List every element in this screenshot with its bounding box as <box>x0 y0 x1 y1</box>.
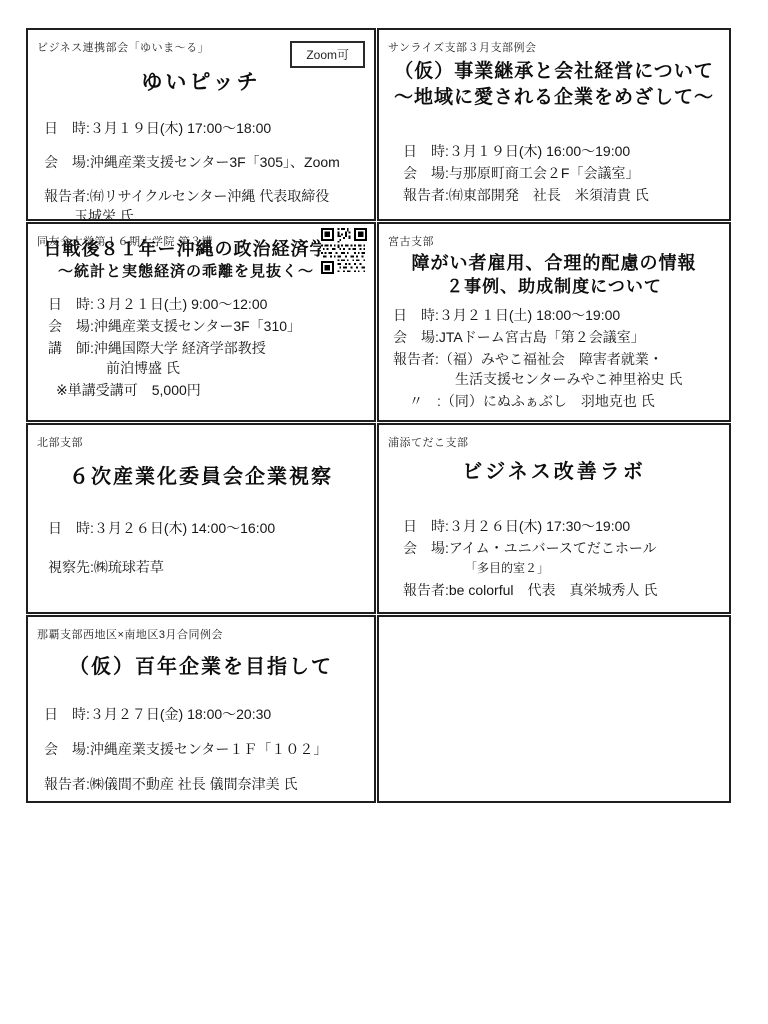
empty-cell <box>377 615 731 803</box>
event-schedule-table: ビジネス連携部会「ゆいま～る」 Zoom可 ゆいピッチ 日 時:３月１９日(木)… <box>26 28 733 807</box>
event-title: ６次産業化委員会企業視察 <box>28 460 374 489</box>
event-datetime: 日 時:３月２６日(木) 17:30～19:00 <box>403 517 729 536</box>
event-datetime: 日 時:３月２１日(土) 9:00～12:00 <box>48 295 374 314</box>
event-details: 日 時:３月１９日(木) 17:00～18:00 会 場:沖縄産業支援センター3… <box>44 119 374 221</box>
event-datetime: 日 時:３月２６日(木) 14:00～16:00 <box>48 519 374 538</box>
event-venue: 会 場:JTAドーム宮古島「第２会議室」 <box>393 328 729 347</box>
event-subtitle: ～地域に愛される企業をめざして～ <box>379 85 729 111</box>
event-title: 障がい者雇用、合理的配慮の情報 <box>379 251 729 275</box>
event-datetime: 日 時:３月２１日(土) 18:00～19:00 <box>393 306 729 325</box>
document-page: ビジネス連携部会「ゆいま～る」 Zoom可 ゆいピッチ 日 時:３月１９日(木)… <box>0 0 768 1024</box>
qr-code-icon <box>321 228 367 274</box>
event-reporter: 報告者:（福）みやこ福祉会 障害者就業・ <box>393 350 729 369</box>
event-cell-urasoe-tedako-branch: 浦添てだこ支部 ビジネス改善ラボ 日 時:３月２６日(木) 17:30～19:0… <box>377 423 731 614</box>
event-reporter: 報告者:㈲東部開発 社長 米須清貴 氏 <box>403 186 729 205</box>
event-cell-sunrise-branch: サンライズ支部３月支部例会 （仮）事業継承と会社経営について ～地域に愛される企… <box>377 28 731 221</box>
event-details: 日 時:３月２１日(土) 18:00～19:00 会 場:JTAドーム宮古島「第… <box>393 306 729 411</box>
event-title: ゆいピッチ <box>28 66 374 96</box>
event-reporter-2: 〃 :（同）にぬふぁぶし 羽地克也 氏 <box>409 392 729 411</box>
event-cell-hokubu-branch: 北部支部 ６次産業化委員会企業視察 日 時:３月２６日(木) 14:00～16:… <box>26 423 376 614</box>
event-cell-yui-pitch: ビジネス連携部会「ゆいま～る」 Zoom可 ゆいピッチ 日 時:３月１９日(木)… <box>26 28 376 221</box>
event-venue: 会 場:与那原町商工会２F「会議室」 <box>403 164 729 183</box>
cell-header: 宮古支部 <box>388 233 434 249</box>
event-venue: 会 場:沖縄産業支援センター3F「305」、Zoom <box>44 153 374 172</box>
event-datetime: 日 時:３月２７日(金) 18:00～20:30 <box>44 705 374 724</box>
event-lecturer: 講 師:沖縄国際大学 経済学部教授 <box>48 339 374 358</box>
event-visit-target: 視察先:㈱琉球若草 <box>48 558 374 577</box>
event-details: 日 時:３月２７日(金) 18:00～20:30 会 場:沖縄産業支援センター１… <box>44 705 374 794</box>
event-fee-note: ※単講受講可 5,000円 <box>56 381 374 400</box>
event-venue: 会 場:アイム・ユニバースてだこホール <box>403 539 729 558</box>
event-details: 日 時:３月２１日(土) 9:00～12:00 会 場:沖縄産業支援センター3F… <box>48 295 374 400</box>
event-reporter: 報告者:be colorful 代表 真栄城秀人 氏 <box>403 581 729 600</box>
event-subtitle: ～統計と実態経済の乖離を見抜く～ <box>28 261 344 282</box>
cell-header: 那覇支部西地区×南地区3月合同例会 <box>37 626 223 642</box>
event-datetime: 日 時:３月１９日(木) 16:00～19:00 <box>403 142 729 161</box>
event-venue: 会 場:沖縄産業支援センター１Ｆ「１０２」 <box>44 740 374 759</box>
cell-header: ビジネス連携部会「ゆいま～る」 <box>37 39 209 55</box>
zoom-available-badge: Zoom可 <box>290 41 365 68</box>
event-cell-naha-west-south: 那覇支部西地区×南地区3月合同例会 （仮）百年企業を目指して 日 時:３月２７日… <box>26 615 376 803</box>
cell-header: 浦添てだこ支部 <box>388 434 469 450</box>
event-title: ビジネス改善ラボ <box>379 455 729 484</box>
event-subtitle: ２事例、助成制度について <box>379 275 729 298</box>
cell-header: サンライズ支部３月支部例会 <box>388 39 537 55</box>
event-cell-miyako-branch: 宮古支部 障がい者雇用、合理的配慮の情報 ２事例、助成制度について 日 時:３月… <box>377 222 731 422</box>
event-reporter-name: 玉城栄 氏 <box>74 207 374 221</box>
cell-header: 北部支部 <box>37 434 83 450</box>
event-datetime: 日 時:３月１９日(木) 17:00～18:00 <box>44 119 374 138</box>
event-title-group: 障がい者雇用、合理的配慮の情報 ２事例、助成制度について <box>379 251 729 298</box>
cell-header: 同友会大学第１６期大学院 第３講 <box>37 233 213 249</box>
event-title: （仮）百年企業を目指して <box>28 650 374 679</box>
event-details: 日 時:３月１９日(木) 16:00～19:00 会 場:与那原町商工会２F「会… <box>403 142 729 205</box>
event-details: 日 時:３月２６日(木) 17:30～19:00 会 場:アイム・ユニバースてだ… <box>403 517 729 600</box>
event-venue: 会 場:沖縄産業支援センター3F「310」 <box>48 317 374 336</box>
event-reporter: 報告者:㈱儀間不動産 社長 儀間奈津美 氏 <box>44 775 374 794</box>
event-details: 日 時:３月２６日(木) 14:00～16:00 視察先:㈱琉球若草 <box>48 519 374 577</box>
event-reporter-name: 生活支援センターみやこ神里裕史 氏 <box>455 370 729 389</box>
event-title-group: （仮）事業継承と会社経営について ～地域に愛される企業をめざして～ <box>379 59 729 111</box>
event-reporter: 報告者:㈲リサイクルセンター沖縄 代表取締役 <box>44 187 374 206</box>
event-cell-douyukai-university: 同友会大学第１６期大学院 第３講 日戦後８１年ー <box>26 222 376 422</box>
event-lecturer-name: 前泊博盛 氏 <box>106 359 374 378</box>
event-title: （仮）事業継承と会社経営について <box>379 59 729 85</box>
event-venue-room: 「多目的室２」 <box>465 559 729 578</box>
